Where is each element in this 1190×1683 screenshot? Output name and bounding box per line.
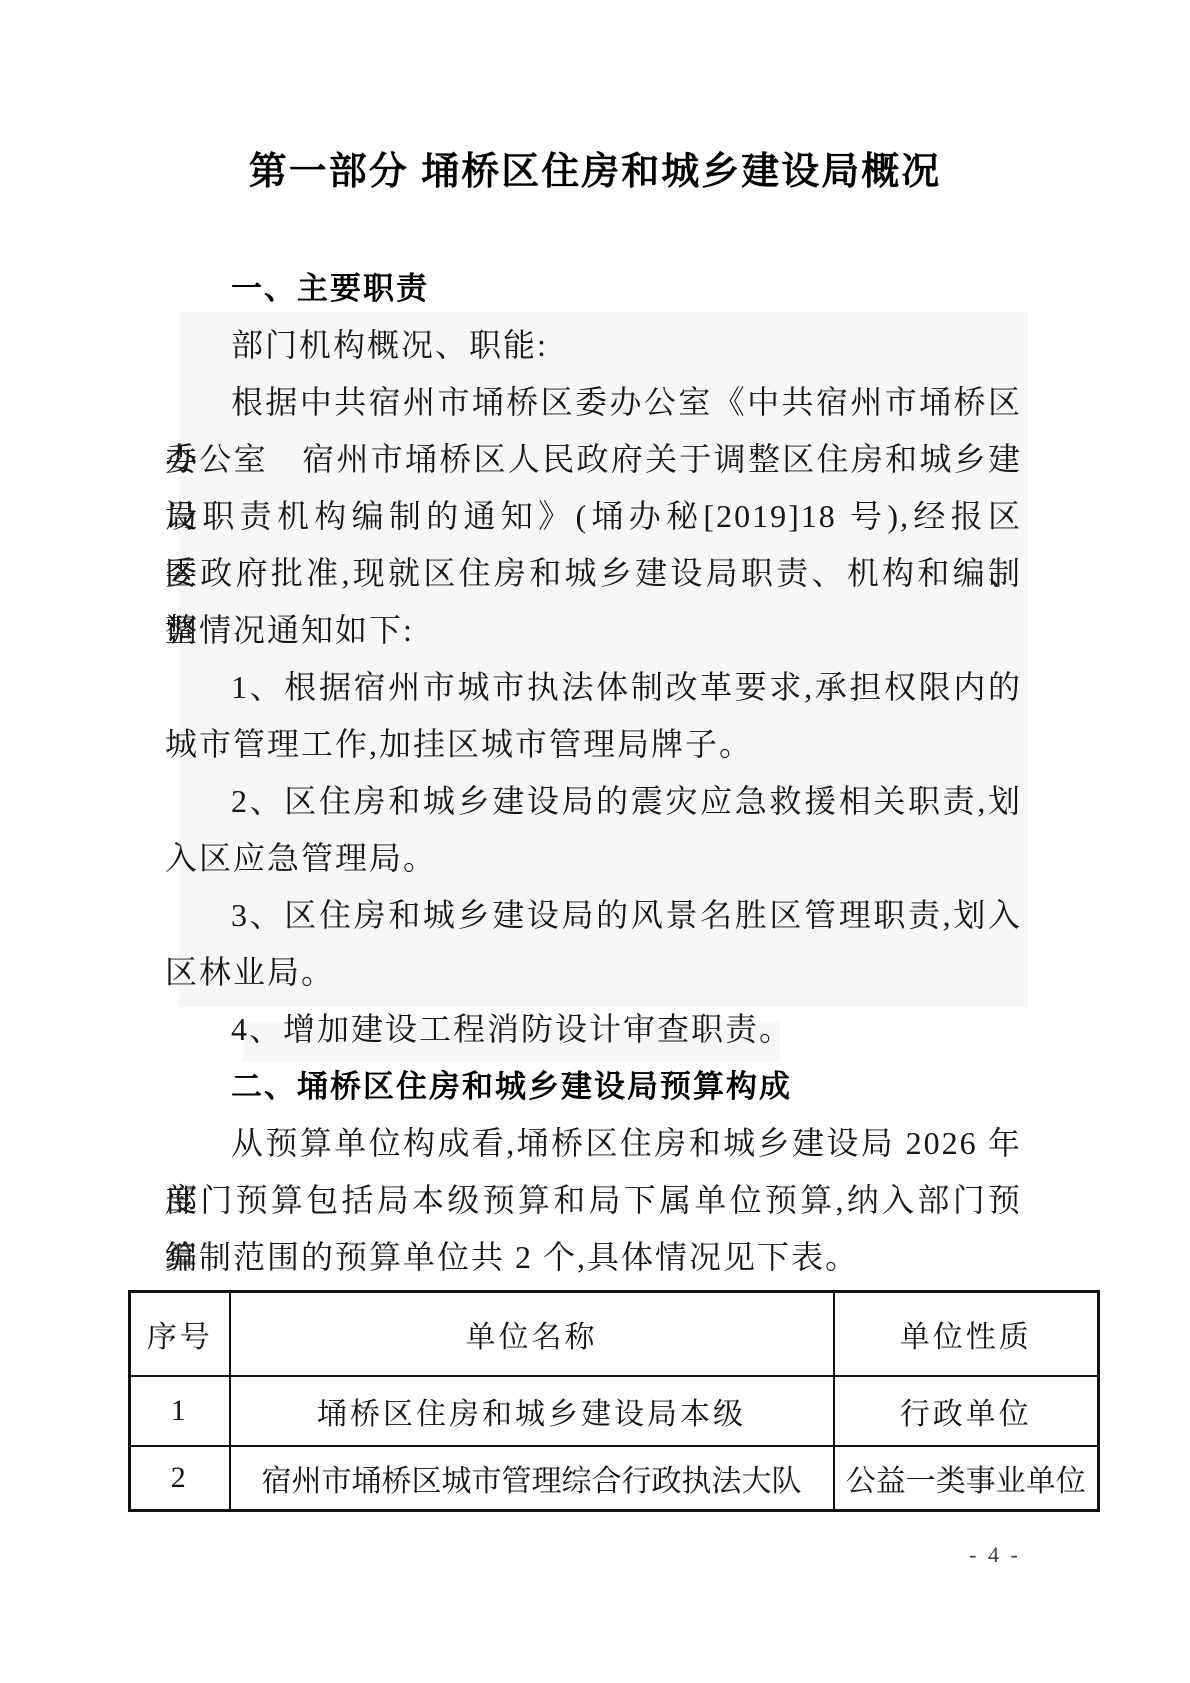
document-page: 第一部分 埇桥区住房和城乡建设局概况 一、主要职责 部门机构概况、职能: 根据中… [0, 0, 1190, 1683]
section2-heading: 二、埇桥区住房和城乡建设局预算构成 [165, 1058, 1022, 1115]
unit-name-cell: 宿州市埇桥区城市管理综合行政执法大队 [230, 1446, 834, 1511]
unit-index-cell: 2 [130, 1446, 230, 1511]
table-row: 2 宿州市埇桥区城市管理综合行政执法大队 公益一类事业单位 [130, 1446, 1099, 1511]
body-text-line: 整情况通知如下: [165, 602, 1022, 659]
body-text-line: 根据中共宿州市埇桥区委办公室《中共宿州市埇桥区委 [165, 374, 1022, 431]
unit-type-cell: 行政单位 [834, 1376, 1099, 1446]
body-text-line: 3、区住房和城乡建设局的风景名胜区管理职责,划入 [165, 887, 1022, 944]
table-header-no: 序号 [130, 1292, 230, 1376]
body-text-line: 4、增加建设工程消防设计审查职责。 [165, 1001, 1022, 1058]
table-header-type: 单位性质 [834, 1292, 1099, 1376]
table-row: 1 埇桥区住房和城乡建设局本级 行政单位 [130, 1376, 1099, 1446]
body-text-line: 1、根据宿州市城市执法体制改革要求,承担权限内的 [165, 659, 1022, 716]
body-text-line: 编制范围的预算单位共 2 个,具体情况见下表。 [165, 1229, 1022, 1286]
unit-type-cell: 公益一类事业单位 [834, 1446, 1099, 1511]
page-number: - 4 - [900, 1542, 1090, 1568]
page-title: 第一部分 埇桥区住房和城乡建设局概况 [0, 146, 1190, 198]
body-text-line: 城市管理工作,加挂区城市管理局牌子。 [165, 716, 1022, 773]
body-text-line: 局职责机构编制的通知》(埇办秘[2019]18 号),经报区委、 [165, 488, 1022, 545]
body-text-line: 区政府批准,现就区住房和城乡建设局职责、机构和编制调 [165, 545, 1022, 602]
body-text-line: 部门预算包括局本级预算和局下属单位预算,纳入部门预算 [165, 1172, 1022, 1229]
body-text-line: 部门机构概况、职能: [165, 317, 1022, 374]
unit-name-cell: 埇桥区住房和城乡建设局本级 [230, 1376, 834, 1446]
section1-heading: 一、主要职责 [165, 260, 1022, 317]
budget-units-table: 序号 单位名称 单位性质 1 埇桥区住房和城乡建设局本级 行政单位 2 宿州市埇… [128, 1290, 1100, 1512]
unit-index-cell: 1 [130, 1376, 230, 1446]
body-text-line: 区林业局。 [165, 944, 1022, 1001]
table-header-row: 序号 单位名称 单位性质 [130, 1292, 1099, 1376]
document-body: 一、主要职责 部门机构概况、职能: 根据中共宿州市埇桥区委办公室《中共宿州市埇桥… [165, 260, 1022, 1286]
body-text-line: 办公室 宿州市埇桥区人民政府关于调整区住房和城乡建设 [165, 431, 1022, 488]
body-text-line: 入区应急管理局。 [165, 830, 1022, 887]
body-text-line: 2、区住房和城乡建设局的震灾应急救援相关职责,划 [165, 773, 1022, 830]
body-text-line: 从预算单位构成看,埇桥区住房和城乡建设局 2026 年度 [165, 1115, 1022, 1172]
table-header-name: 单位名称 [230, 1292, 834, 1376]
